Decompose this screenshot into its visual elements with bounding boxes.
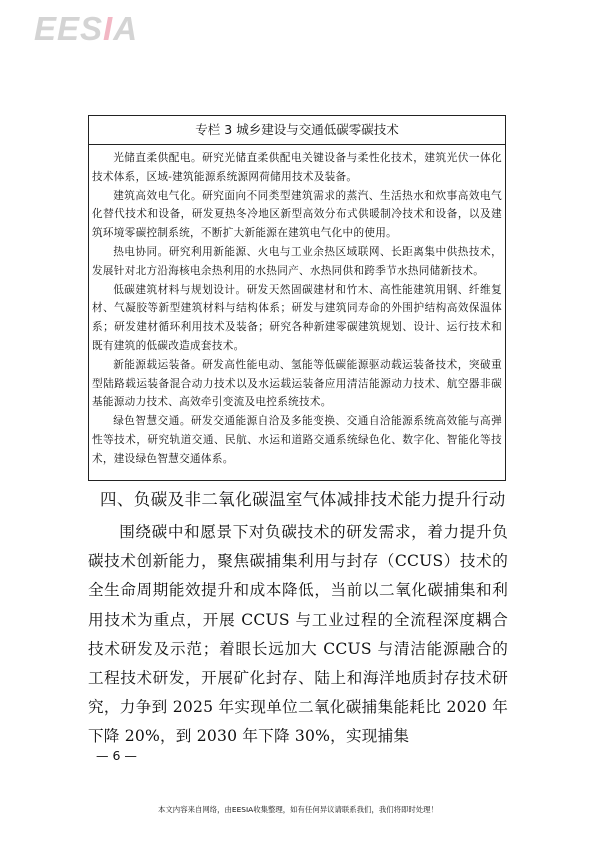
section-body-paragraph: 围绕碳中和愿景下对负碳技术的研发需求，着力提升负碳技术创新能力，聚焦碳捕集利用与…	[88, 518, 508, 752]
watermark-i: I	[103, 10, 113, 47]
section-heading: 四、负碳及非二氧化碳温室气体减排技术能力提升行动	[100, 486, 506, 514]
box-body: 光储直柔供配电。研究光储直柔供配电关键设备与柔性化技术，建筑光伏一体化技术体系，…	[89, 145, 505, 469]
watermark-text: EES	[34, 10, 103, 47]
footer-disclaimer: 本文内容来自网络，由EESIA收集整理，如有任何异议请联系我们，我们将即时处理！	[0, 804, 596, 815]
box-paragraph-new-energy-vehicles: 新能源载运装备。研发高性能电动、氢能等低碳能源驱动载运装备技术，突破重型陆路载运…	[92, 356, 502, 412]
box-title: 专栏 3 城乡建设与交通低碳零碳技术	[89, 116, 505, 145]
box-paragraph-low-carbon-materials: 低碳建筑材料与规划设计。研发天然固碳建材和竹木、高性能建筑用钢、纤维复材、气凝胶…	[92, 281, 502, 356]
page-number: — 6 —	[96, 748, 137, 763]
box-paragraph-green-smart-transport: 绿色智慧交通。研发交通能源自洽及多能变换、交通自洽能源系统高效能与高弹性等技术，…	[92, 412, 502, 468]
box-paragraph-storage-dc: 光储直柔供配电。研究光储直柔供配电关键设备与柔性化技术，建筑光伏一体化技术体系，…	[92, 149, 502, 187]
sidebar-box-column-3: 专栏 3 城乡建设与交通低碳零碳技术 光储直柔供配电。研究光储直柔供配电关键设备…	[88, 115, 506, 481]
eesia-watermark-logo: EESIA	[34, 10, 138, 48]
watermark-tail: A	[113, 10, 138, 47]
box-paragraph-heat-power-synergy: 热电协同。研究利用新能源、火电与工业余热区域联网、长距离集中供热技术，发展针对北…	[92, 243, 502, 281]
box-paragraph-building-electrification: 建筑高效电气化。研究面向不同类型建筑需求的蒸汽、生活热水和炊事高效电气化替代技术…	[92, 187, 502, 243]
